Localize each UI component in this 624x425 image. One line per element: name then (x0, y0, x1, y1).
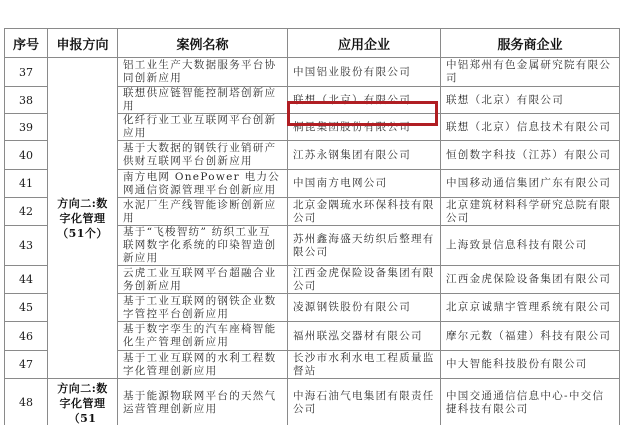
service-company: 联想（北京）有限公司 (441, 87, 620, 114)
case-name: 南方电网 OnePower 电力公网通信资源管理平台创新应用 (118, 170, 288, 198)
row-no: 37 (5, 58, 48, 87)
case-name: 铝工业生产大数据服务平台协同创新应用 (118, 58, 288, 87)
case-name: 基于“飞梭智纺” 纺织工业互联网数字化系统的印染智造创新应用 (118, 226, 288, 266)
table-row: 48 方向二:数字化管理（51 基于能源物联网平台的天然气运营管理创新应用 中海… (5, 379, 620, 425)
app-company: 江西金虎保险设备集团有限公司 (288, 266, 441, 294)
row-no: 38 (5, 87, 48, 114)
case-name: 联想供应链智能控制塔创新应用 (118, 87, 288, 114)
header-no: 序号 (5, 29, 48, 58)
case-name: 水泥厂生产线智能诊断创新应用 (118, 198, 288, 226)
row-no: 45 (5, 294, 48, 322)
case-name: 化纤行业工业互联网平台创新应用 (118, 114, 288, 141)
service-company: 中铝郑州有色金属研究院有限公司 (441, 58, 620, 87)
table-row: 37 方向二:数字化管理（51个） 铝工业生产大数据服务平台协同创新应用 中国铝… (5, 58, 620, 87)
service-company: 摩尔元数（福建）科技有限公司 (441, 322, 620, 351)
row-no: 42 (5, 198, 48, 226)
row-no: 44 (5, 266, 48, 294)
service-company: 中国交通通信信息中心-中交信捷科技有限公司 (441, 379, 620, 425)
app-company: 凌源钢铁股份有限公司 (288, 294, 441, 322)
app-company: 中国南方电网公司 (288, 170, 441, 198)
header-app-company: 应用企业 (288, 29, 441, 58)
case-name: 基于数字孪生的汽车座椅智能化生产管理创新应用 (118, 322, 288, 351)
service-company: 中大智能科技股份有限公司 (441, 351, 620, 379)
case-table: 序号 申报方向 案例名称 应用企业 服务商企业 37 方向二:数字化管理（51个… (4, 28, 620, 425)
row-no: 39 (5, 114, 48, 141)
row-no: 46 (5, 322, 48, 351)
direction-cell: 方向二:数字化管理（51个） (48, 58, 118, 379)
table-header-row: 序号 申报方向 案例名称 应用企业 服务商企业 (5, 29, 620, 58)
app-company: 联想（北京）有限公司 (288, 87, 441, 114)
header-service-company: 服务商企业 (441, 29, 620, 58)
case-table-container: 序号 申报方向 案例名称 应用企业 服务商企业 37 方向二:数字化管理（51个… (4, 28, 619, 425)
service-company: 联想（北京）信息技术有限公司 (441, 114, 620, 141)
service-company: 中国移动通信集团广东有限公司 (441, 170, 620, 198)
case-name: 基于工业互联网的钢铁企业数字管控平台创新应用 (118, 294, 288, 322)
case-name: 云虎工业互联网平台超融合业务创新应用 (118, 266, 288, 294)
app-company: 长沙市水利水电工程质量监督站 (288, 351, 441, 379)
app-company: 中国铝业股份有限公司 (288, 58, 441, 87)
row-no: 48 (5, 379, 48, 425)
app-company: 桐昆集团股份有限公司 (288, 114, 441, 141)
direction-cell: 方向二:数字化管理（51 (48, 379, 118, 425)
row-no: 41 (5, 170, 48, 198)
app-company: 福州联泓交器材有限公司 (288, 322, 441, 351)
app-company: 中海石油气电集团有限责任公司 (288, 379, 441, 425)
header-case-name: 案例名称 (118, 29, 288, 58)
case-name: 基于工业互联网的水利工程数字化管理创新应用 (118, 351, 288, 379)
app-company: 苏州鑫海盛天纺织后整理有限公司 (288, 226, 441, 266)
service-company: 江西金虎保险设备集团有限公司 (441, 266, 620, 294)
row-no: 47 (5, 351, 48, 379)
row-no: 43 (5, 226, 48, 266)
case-name: 基于能源物联网平台的天然气运营管理创新应用 (118, 379, 288, 425)
service-company: 上海致景信息科技有限公司 (441, 226, 620, 266)
row-no: 40 (5, 141, 48, 170)
app-company: 北京金隅琉水环保科技有限公司 (288, 198, 441, 226)
app-company: 江苏永钢集团有限公司 (288, 141, 441, 170)
service-company: 北京建筑材料科学研究总院有限公司 (441, 198, 620, 226)
service-company: 恒创数字科技（江苏）有限公司 (441, 141, 620, 170)
service-company: 北京京诚鼎宇管理系统有限公司 (441, 294, 620, 322)
header-direction: 申报方向 (48, 29, 118, 58)
case-name: 基于大数据的钢铁行业销研产供财互联网平台创新应用 (118, 141, 288, 170)
